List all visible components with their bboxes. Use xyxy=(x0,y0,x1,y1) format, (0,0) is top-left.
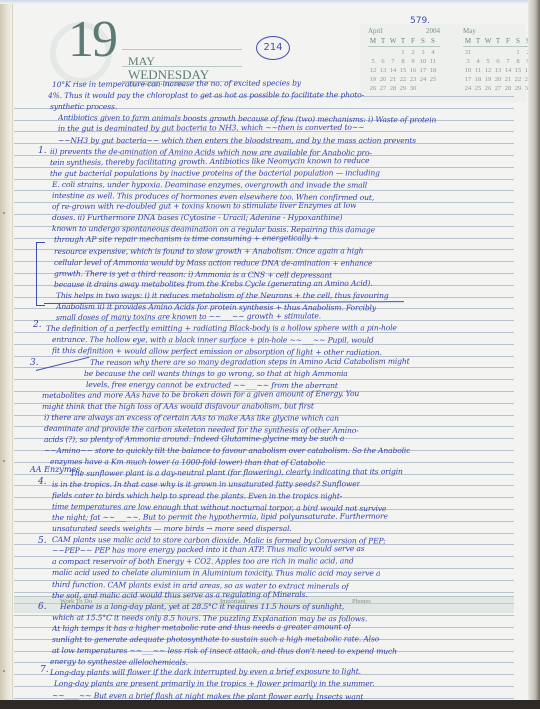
calendar-day: 1 xyxy=(398,49,408,56)
handwritten-line: enzymes have a Km much lower (a 1000-fol… xyxy=(50,457,325,467)
calendar-day: 10 xyxy=(418,58,428,65)
calendar-day: 26 xyxy=(368,85,378,92)
weekday-letter: S xyxy=(513,37,523,45)
calendar-day: 24 xyxy=(463,85,473,92)
calendar-day: 17 xyxy=(463,76,473,83)
handwritten-line: cellular level of Ammonia would by Mass … xyxy=(54,258,372,268)
page-right-edge xyxy=(528,0,540,709)
calendar-day xyxy=(428,85,438,92)
calendar-day: 1 xyxy=(513,49,523,56)
handwritten-line: the gut bacterial populations by inactiv… xyxy=(50,168,380,178)
calendar-day: 6 xyxy=(493,58,503,65)
handwritten-line: the night; fat ~~___~~. But to permit th… xyxy=(52,512,388,522)
spine-mark xyxy=(3,460,5,462)
weekday-letter: M xyxy=(368,37,378,45)
handwritten-line: Long-day plants are present primarily in… xyxy=(54,679,374,688)
calendar-day: 21 xyxy=(388,76,398,83)
calendar-day: 22 xyxy=(398,76,408,83)
calendar-day xyxy=(368,49,378,56)
mini-calendar-may: May MTWTFSS 3112345678910111213141516171… xyxy=(463,27,528,92)
calendar-day: 31 xyxy=(463,49,473,56)
calendar-day: 18 xyxy=(473,76,483,83)
calendar-day xyxy=(493,49,503,56)
handwritten-line: E. coli strains, under hypoxia. Deaminas… xyxy=(52,180,367,190)
handwritten-line: sunlight to generate adequate photosynth… xyxy=(52,634,379,644)
calendar-day: 8 xyxy=(513,58,523,65)
calendar-month: May xyxy=(463,27,476,35)
calendar-day: 5 xyxy=(483,58,493,65)
handwritten-line: resource expensive, which is found to sl… xyxy=(54,246,363,256)
calendar-day: 13 xyxy=(378,67,388,74)
weekday-letter: T xyxy=(493,37,503,45)
calendar-day xyxy=(388,49,398,56)
calendar-day: 17 xyxy=(418,67,428,74)
circled-page-number: 214 xyxy=(256,36,290,60)
handwritten-line: small doses of many toxins are known to … xyxy=(56,311,321,322)
calendar-day: 11 xyxy=(473,67,483,74)
page-binding xyxy=(0,0,13,700)
mini-calendar-april: April 2004 MTWTFSS 123456789101112131415… xyxy=(368,27,440,92)
calendar-day: 2 xyxy=(408,49,418,56)
calendar-day: 16 xyxy=(408,67,418,74)
calendar-day: 14 xyxy=(503,67,513,74)
handwritten-line: be because the cell wants things to go w… xyxy=(84,369,348,378)
handwritten-line: The definition of a perfectly emitting +… xyxy=(46,323,397,333)
handwritten-line: ~~____~~ But even a brief flash at night… xyxy=(52,691,363,700)
calendar-day: 19 xyxy=(368,76,378,83)
calendar-day xyxy=(418,85,428,92)
handwritten-line: metabolites and more AAs have to be brok… xyxy=(42,389,359,400)
calendar-day: 3 xyxy=(418,49,428,56)
handwritten-line: might think that the high loss of AAs wo… xyxy=(42,401,314,411)
calendar-weekday-row: MTWTFSS xyxy=(463,37,528,47)
item-number: 7. xyxy=(40,665,49,675)
calendar-day xyxy=(483,49,493,56)
handwritten-line: synthetic process. xyxy=(50,102,117,111)
calendar-day: 27 xyxy=(378,85,388,92)
calendar-day: 13 xyxy=(493,67,503,74)
calendar-day: 9 xyxy=(408,58,418,65)
handwritten-line: because it drains away metabolites from … xyxy=(54,279,373,289)
handwritten-line: entrance. The hollow eye, with a black i… xyxy=(52,335,374,345)
handwritten-line: unsaturated seeds weights — more birds →… xyxy=(52,524,292,533)
calendar-day: 28 xyxy=(388,85,398,92)
calendar-day: 20 xyxy=(378,76,388,83)
date-rule xyxy=(122,49,242,50)
handwritten-line: The reason why there are so many degrada… xyxy=(90,357,410,367)
calendar-day: 7 xyxy=(503,58,513,65)
handwritten-line: in the gut is deaminated by gut bacteria… xyxy=(58,123,364,133)
handwritten-line: i) there are always an excess of certain… xyxy=(44,413,339,423)
handwritten-line: The sunflower plant is a day-neutral pla… xyxy=(70,467,403,478)
handwritten-line: ~~PEP~~ PEP has more energy packed into … xyxy=(52,544,365,555)
handwritten-line: 10°K rise in temperature can increase th… xyxy=(52,78,301,89)
calendar-day: 20 xyxy=(493,76,503,83)
footer-label-phones: Phones xyxy=(352,598,371,605)
calendar-day: 18 xyxy=(428,67,438,74)
calendar-day xyxy=(473,49,483,56)
weekday-letter: S xyxy=(428,37,438,45)
item-number: 6. xyxy=(38,602,47,612)
handwritten-line: known to undergo spontaneous deamination… xyxy=(52,224,375,234)
handwritten-line: ~~Amino~~ store to quickly tilt the bala… xyxy=(44,446,410,455)
calendar-day: 14 xyxy=(388,67,398,74)
calendar-day: 3 xyxy=(463,58,473,65)
arrow-stroke xyxy=(36,357,90,371)
calendar-day: 6 xyxy=(378,58,388,65)
calendar-day: 4 xyxy=(428,49,438,56)
calendar-month: April xyxy=(368,27,383,35)
calendar-day: 19 xyxy=(483,76,493,83)
page-bottom-edge xyxy=(0,700,540,709)
calendar-day: 12 xyxy=(483,67,493,74)
handwritten-line: tein synthesis, thereby facilitating gro… xyxy=(50,156,369,167)
calendar-day: 22 xyxy=(513,76,523,83)
handwritten-line: the soil, and malic acid would thus serv… xyxy=(52,590,308,600)
calendar-day: 8 xyxy=(398,58,408,65)
calendar-grid: 3112345678910111213141516171819202122232… xyxy=(463,49,528,92)
calendar-day: 25 xyxy=(473,85,483,92)
ruled-line xyxy=(14,367,514,368)
handwritten-line: This helps in two ways: i) it reduces me… xyxy=(56,291,389,300)
calendar-day: 7 xyxy=(388,58,398,65)
handwritten-line: Long-day plants will flower if the dark … xyxy=(50,667,361,677)
calendar-day xyxy=(503,49,513,56)
page-top-edge xyxy=(0,0,528,4)
calendar-day: 11 xyxy=(428,58,438,65)
calendar-day: 30 xyxy=(408,85,418,92)
weekday-letter: W xyxy=(483,37,493,45)
calendar-day: 28 xyxy=(503,85,513,92)
handwritten-line: Anabolism ii) it provides Amino Acids fo… xyxy=(56,302,376,312)
diary-page: 19 MAY WEDNESDAY 21ST WEEK • 140-226 214… xyxy=(0,0,528,700)
calendar-day: 23 xyxy=(408,76,418,83)
calendar-day: 15 xyxy=(513,67,523,74)
date-day-number: 19 xyxy=(68,14,116,66)
weekday-letter: T xyxy=(398,37,408,45)
calendar-day: 27 xyxy=(493,85,503,92)
handwritten-line: 4%. Thus it would pay the chloroplast to… xyxy=(48,90,364,100)
handwritten-line: through AP site repair mechanism is time… xyxy=(54,233,319,244)
calendar-day: 4 xyxy=(473,58,483,65)
calendar-day: 21 xyxy=(503,76,513,83)
calendar-day: 25 xyxy=(428,76,438,83)
handwritten-line: energy to synthesize allelochemicals. xyxy=(50,657,188,667)
spine-mark xyxy=(3,212,5,214)
handwritten-line: a compact reservoir of both Energy + CO2… xyxy=(52,556,354,566)
calendar-day: 29 xyxy=(513,85,523,92)
calendar-day: 10 xyxy=(463,67,473,74)
ruled-line xyxy=(14,533,514,534)
handwritten-line: of re-grown with re-doubled gut + toxins… xyxy=(52,201,356,211)
handwritten-line: Henbane is a long-day plant, yet at 28.5… xyxy=(60,602,344,611)
weekday-letter: T xyxy=(473,37,483,45)
weekday-letter: F xyxy=(503,37,513,45)
calendar-grid: 1234567891011121314151617181920212223242… xyxy=(368,49,440,92)
weekday-letter: T xyxy=(378,37,388,45)
item-number: 4. xyxy=(38,477,47,487)
handwritten-line: At high temps it has a higher metabolic … xyxy=(52,622,351,633)
calendar-weekday-row: MTWTFSS xyxy=(368,37,440,47)
handwritten-line: doses. ii) Furthermore DNA bases (Cytosi… xyxy=(52,213,342,222)
date-header: 19 MAY WEDNESDAY 21ST WEEK • 140-226 xyxy=(60,18,210,82)
weekday-letter: S xyxy=(418,37,428,45)
item-number: 1. xyxy=(38,146,47,156)
weekday-letter: F xyxy=(408,37,418,45)
calendar-day: 12 xyxy=(368,67,378,74)
spine-mark xyxy=(3,670,5,672)
calendar-day: 15 xyxy=(398,67,408,74)
calendar-day: 5 xyxy=(368,58,378,65)
calendar-day: 26 xyxy=(483,85,493,92)
weekday-letter: M xyxy=(463,37,473,45)
calendar-day: 24 xyxy=(418,76,428,83)
handwritten-line: is in the tropics. In that case why is i… xyxy=(52,479,360,489)
calendar-day: 29 xyxy=(398,85,408,92)
handwritten-line: acids (?), so plenty of Ammonia around. … xyxy=(44,434,344,444)
weekday-letter: W xyxy=(388,37,398,45)
handwritten-line: ~~NH3 by gut bacteria~~ which then enter… xyxy=(58,136,416,145)
item-number: 5. xyxy=(38,536,47,546)
handwritten-line: fields cater to birds which help to spre… xyxy=(52,491,342,501)
handwritten-line: at low temperatures ~~___~~ less risk of… xyxy=(52,646,397,656)
calendar-year: 2004 xyxy=(426,27,440,35)
margin-bracket xyxy=(36,242,45,306)
item-number: 3. xyxy=(30,358,39,368)
handwritten-line: malic acid used to chelate aluminium in … xyxy=(52,568,380,578)
calendar-day xyxy=(378,49,388,56)
item-number: 2. xyxy=(33,320,42,330)
